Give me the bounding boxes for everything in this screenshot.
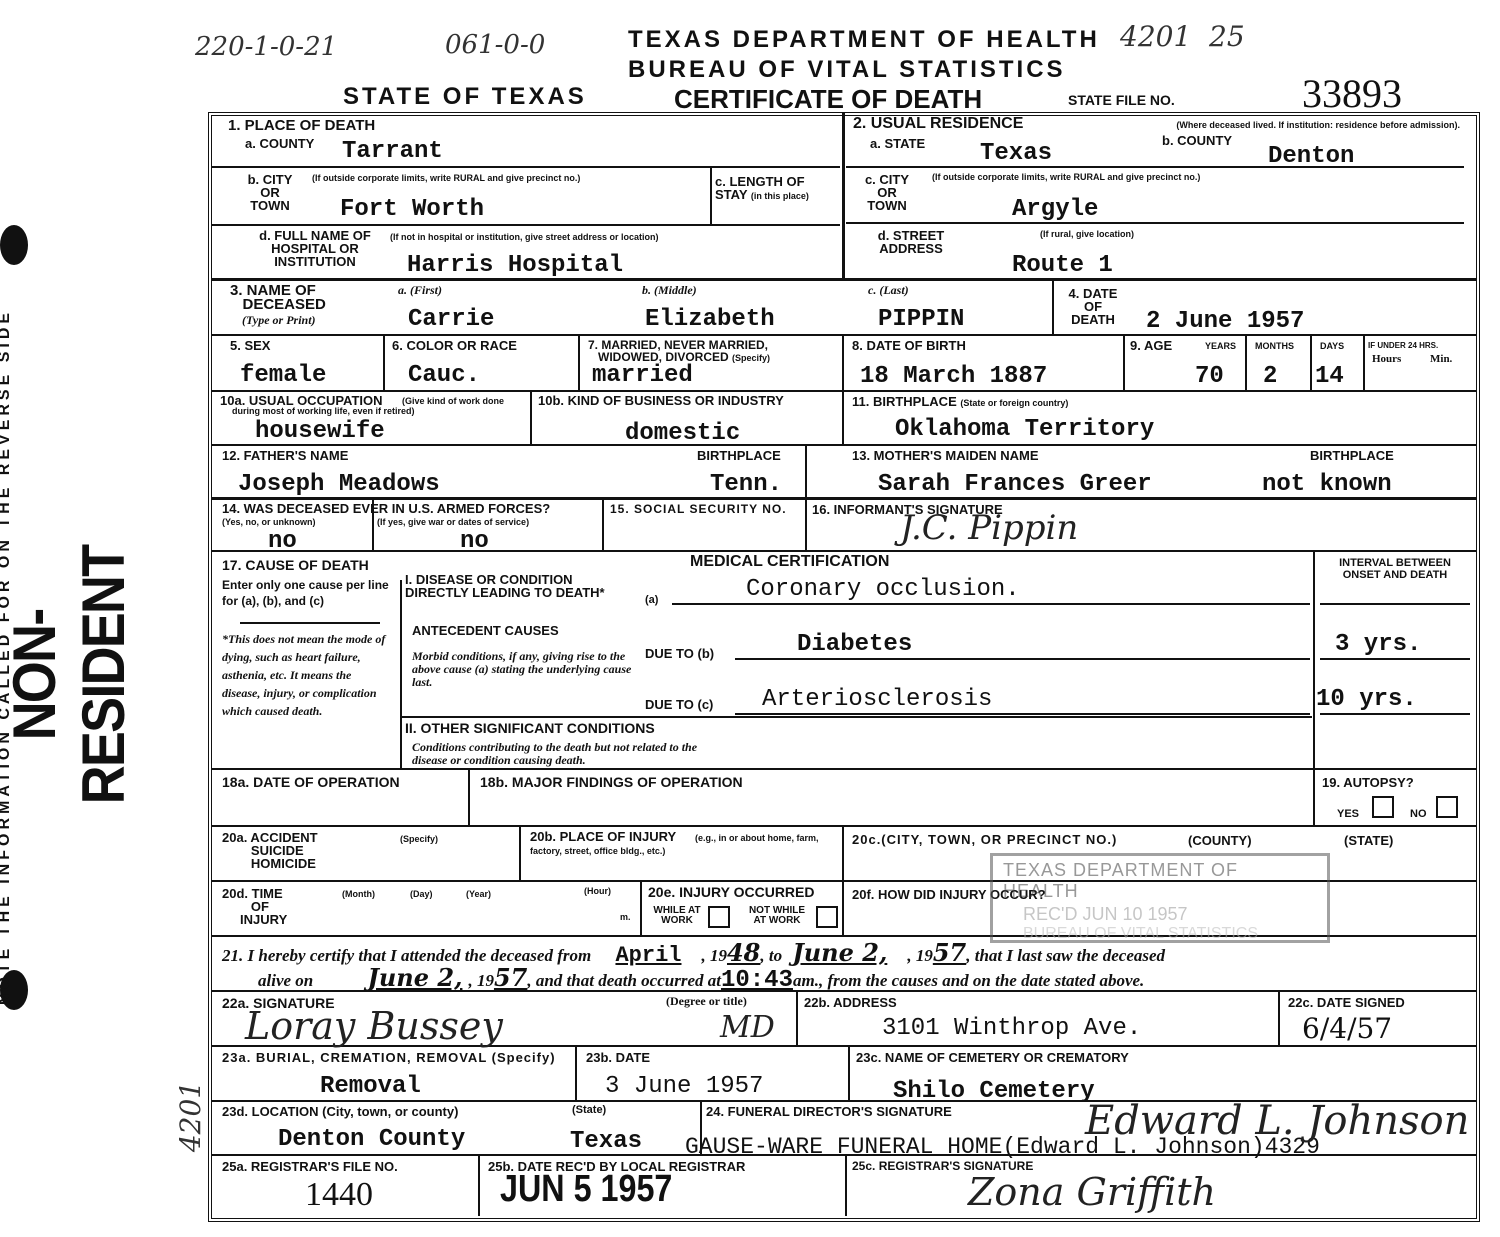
operation-date-label: 18a. DATE OF OPERATION <box>222 776 400 789</box>
state-file-label: STATE FILE NO. <box>1068 92 1175 108</box>
city-hint: (If outside corporate limits, write RURA… <box>312 173 704 183</box>
date-signed-label: 22c. DATE SIGNED <box>1288 996 1405 1009</box>
age-label: 9. AGE <box>1130 339 1172 352</box>
margin-handwritten-number: 4201 <box>174 1081 207 1152</box>
injury-hour: (Hour) <box>584 886 611 896</box>
residence-city-value: Argyle <box>1012 196 1098 223</box>
funeral-director-label: 24. FUNERAL DIRECTOR'S SIGNATURE <box>706 1105 952 1118</box>
cause-b-label: DUE TO (b) <box>645 647 714 660</box>
burial-location-value: Denton County <box>278 1126 465 1153</box>
date-received-value: JUN 5 1957 <box>500 1168 672 1211</box>
first-name-label: a. (First) <box>398 284 442 297</box>
first-name-value: Carrie <box>408 306 494 333</box>
injury-month: (Month) <box>342 889 375 899</box>
hospital-label: d. FULL NAME OFHOSPITAL ORINSTITUTION <box>245 229 385 268</box>
accident-specify: (Specify) <box>400 834 438 844</box>
father-birthplace-value: Tenn. <box>710 471 782 498</box>
street-address-label: d. STREETADDRESS <box>866 229 956 255</box>
autopsy-yes-label: YES <box>1337 809 1359 819</box>
birthplace-label: 11. BIRTHPLACE (State or foreign country… <box>852 395 1068 408</box>
other-conditions-label: II. OTHER SIGNIFICANT CONDITIONS <box>405 722 655 735</box>
state-file-number: 33893 <box>1302 70 1402 117</box>
armed-forces-value: no <box>268 528 297 555</box>
occupation-value: housewife <box>255 418 385 445</box>
burial-state-label: (State) <box>572 1105 606 1115</box>
bureau-title: BUREAU OF VITAL STATISTICS <box>628 56 1066 84</box>
date-of-death-value: 2 June 1957 <box>1146 308 1304 335</box>
autopsy-no-label: NO <box>1410 809 1427 819</box>
antecedent-hint: Morbid conditions, if any, giving rise t… <box>412 650 642 689</box>
mother-birthplace-value: not known <box>1262 471 1392 498</box>
handwritten-code-right: 4201 25 <box>1120 20 1245 53</box>
last-name-value: PIPPIN <box>878 306 964 333</box>
registrar-signature: Zona Griffith <box>968 1170 1216 1214</box>
age-years-label: YEARS <box>1205 341 1236 351</box>
antecedent-label: ANTECEDENT CAUSES <box>412 624 559 637</box>
burial-date-value: 3 June 1957 <box>605 1073 763 1100</box>
burial-state-value: Texas <box>570 1128 642 1155</box>
address-value: 3101 Winthrop Ave. <box>882 1015 1141 1042</box>
degree-label: (Degree or title) <box>666 996 747 1006</box>
injury-city-label: 20c.(CITY, TOWN, OR PRECINCT NO.) <box>852 833 1117 846</box>
physician-signature: Loray Bussey <box>245 1004 503 1048</box>
not-while-at-work-label: NOT WHILEAT WORK <box>740 906 814 926</box>
cause-a-label: (a) <box>645 594 658 607</box>
armed-forces-hint-2: (If yes, give war or dates of service) <box>377 517 529 527</box>
age-months-label: MONTHS <box>1255 341 1294 351</box>
race-label: 6. COLOR OR RACE <box>392 339 517 352</box>
age-hours-label: Hours <box>1372 354 1401 364</box>
while-at-work-label: WHILE ATWORK <box>648 906 706 926</box>
cause-a-value: Coronary occlusion. <box>746 576 1020 603</box>
certify-line-2: alive on June 2,, 1957, and that death o… <box>258 971 1144 987</box>
other-conditions-hint: Conditions contributing to the death but… <box>412 741 712 767</box>
address-label: 22b. ADDRESS <box>804 996 897 1009</box>
sex-label: 5. SEX <box>230 339 270 352</box>
mother-value: Sarah Frances Greer <box>878 471 1152 498</box>
burial-location-label: 23d. LOCATION (City, town, or county) <box>222 1105 458 1118</box>
ssn-label: 15. SOCIAL SECURITY NO. <box>610 503 787 516</box>
operation-findings-label: 18b. MAJOR FINDINGS OF OPERATION <box>480 776 743 789</box>
armed-service-value: no <box>460 528 489 555</box>
cause-c-value: Arteriosclerosis <box>762 686 992 713</box>
cemetery-value: Shilo Cemetery <box>893 1078 1095 1105</box>
punch-hole-top <box>0 225 28 265</box>
date-of-death-label: 4. DATEOFDEATH <box>1063 287 1123 326</box>
death-city-value: Fort Worth <box>340 196 484 223</box>
cause-note: *This does not mean the mode of dying, s… <box>222 630 392 720</box>
occupation-hint: (Give kind of work done during most of w… <box>232 396 528 416</box>
business-label: 10b. KIND OF BUSINESS OR INDUSTRY <box>538 394 784 407</box>
age-years-value: 70 <box>1195 363 1224 390</box>
age-under-24-label: IF UNDER 24 HRS. <box>1368 341 1438 351</box>
injury-m: m. <box>620 912 631 922</box>
state-title: STATE OF TEXAS <box>343 83 587 111</box>
street-hint: (If rural, give location) <box>1040 229 1134 239</box>
business-value: domestic <box>625 420 740 447</box>
birthplace-value: Oklahoma Territory <box>895 416 1154 443</box>
physician-degree: MD <box>720 1010 775 1045</box>
armed-forces-hint-1: (Yes, no, or unknown) <box>222 517 316 527</box>
interval-label: INTERVAL BETWEENONSET AND DEATH <box>1320 557 1470 581</box>
residence-city-hint: (If outside corporate limits, write RURA… <box>932 172 1200 182</box>
injury-occurred-label: 20e. INJURY OCCURRED <box>648 886 815 899</box>
father-value: Joseph Meadows <box>238 471 440 498</box>
autopsy-no-checkbox[interactable] <box>1436 796 1458 818</box>
residence-label: 2. USUAL RESIDENCE <box>853 117 1023 130</box>
name-of-deceased-label: 3. NAME OF DECEASED <box>230 284 326 312</box>
handwritten-code-2: 061-0-0 <box>445 30 545 60</box>
marital-label: 7. MARRIED, NEVER MARRIED, WIDOWED, DIVO… <box>588 339 838 363</box>
autopsy-yes-checkbox[interactable] <box>1372 796 1394 818</box>
residence-county-label: b. COUNTY <box>1162 134 1232 147</box>
cause-of-death-label: 17. CAUSE OF DEATH <box>222 559 369 572</box>
injury-state-label: (STATE) <box>1344 834 1393 847</box>
burial-type-value: Removal <box>320 1073 421 1100</box>
burial-date-label: 23b. DATE <box>586 1051 650 1064</box>
mother-label: 13. MOTHER'S MAIDEN NAME <box>852 449 1039 462</box>
handwritten-code-1: 220-1-0-21 <box>195 32 337 62</box>
hospital-hint: (If not in hospital or institution, give… <box>390 232 659 242</box>
age-days-label: DAYS <box>1320 341 1344 351</box>
residence-state-value: Texas <box>980 140 1052 167</box>
cause-b-value: Diabetes <box>797 631 912 658</box>
street-value: Route 1 <box>1012 252 1113 279</box>
father-label: 12. FATHER'S NAME <box>222 449 348 462</box>
last-name-label: c. (Last) <box>868 284 909 297</box>
death-county-value: Tarrant <box>342 138 443 165</box>
age-min-label: Min. <box>1430 354 1452 364</box>
injury-year: (Year) <box>466 889 491 899</box>
registrar-file-value: 1440 <box>305 1176 373 1214</box>
place-of-injury-hint: (e.g., in or about home, farm, factory, … <box>530 832 830 858</box>
certificate-title: CERTIFICATE OF DEATH <box>674 84 982 115</box>
county-label: a. COUNTY <box>245 137 314 150</box>
reverse-side-note: NOTE THE INFORMATION CALLED FOR ON THE R… <box>0 307 20 1007</box>
place-of-death-label: 1. PLACE OF DEATH <box>228 119 375 132</box>
informant-signature: J.C. Pippin <box>900 508 1078 548</box>
residence-state-label: a. STATE <box>870 137 925 150</box>
father-birthplace-label: BIRTHPLACE <box>697 449 781 462</box>
cause-c-interval: 10 yrs. <box>1316 686 1417 713</box>
hospital-value: Harris Hospital <box>407 252 623 279</box>
type-or-print-hint: (Type or Print) <box>242 314 316 327</box>
disease-label: I. DISEASE OR CONDITIONDIRECTLY LEADING … <box>405 573 645 599</box>
injury-county-label: (COUNTY) <box>1188 834 1252 847</box>
race-value: Cauc. <box>408 362 480 389</box>
mother-birthplace-label: BIRTHPLACE <box>1310 449 1394 462</box>
age-months-value: 2 <box>1263 363 1277 390</box>
received-stamp: TEXAS DEPARTMENT OF HEALTH REC'D JUN 10 … <box>990 853 1330 943</box>
burial-type-label: 23a. BURIAL, CREMATION, REMOVAL (Specify… <box>222 1051 556 1064</box>
middle-name-value: Elizabeth <box>645 306 775 333</box>
age-days-value: 14 <box>1315 363 1344 390</box>
medical-cert-title: MEDICAL CERTIFICATION <box>690 555 889 568</box>
dob-label: 8. DATE OF BIRTH <box>852 339 966 352</box>
city-label: b. CITYORTOWN <box>245 173 295 212</box>
marital-value: married <box>592 362 693 389</box>
armed-forces-label: 14. WAS DECEASED EVER IN U.S. ARMED FORC… <box>222 502 550 515</box>
cause-b-interval: 3 yrs. <box>1335 631 1421 658</box>
cause-instruction: Enter only one cause per line for (a), (… <box>222 577 390 609</box>
length-of-stay-label: c. LENGTH OFSTAY (in this place) <box>715 175 840 201</box>
department-title: TEXAS DEPARTMENT OF HEALTH <box>628 26 1100 54</box>
registrar-file-label: 25a. REGISTRAR'S FILE NO. <box>222 1160 398 1173</box>
accident-label: 20a. ACCIDENT SUICIDE HOMICIDE <box>222 831 318 870</box>
injury-day: (Day) <box>410 889 433 899</box>
residence-city-label: c. CITYORTOWN <box>862 173 912 212</box>
certify-line-1: 21. I hereby certify that I attended the… <box>222 946 1165 962</box>
autopsy-label: 19. AUTOPSY? <box>1322 776 1414 789</box>
residence-county-value: Denton <box>1268 143 1354 170</box>
cause-c-label: DUE TO (c) <box>645 698 713 711</box>
time-of-injury-label: 20d. TIME OF INJURY <box>222 887 287 926</box>
funeral-director-signature: Edward L. Johnson <box>1085 1098 1469 1144</box>
dob-value: 18 March 1887 <box>860 363 1047 390</box>
not-while-at-work-checkbox[interactable] <box>816 906 838 928</box>
while-at-work-checkbox[interactable] <box>708 906 730 928</box>
residence-hint: (Where deceased lived. If institution: r… <box>1080 120 1460 130</box>
sex-value: female <box>240 362 326 389</box>
cemetery-label: 23c. NAME OF CEMETERY OR CREMATORY <box>856 1051 1129 1064</box>
date-signed-value: 6/4/57 <box>1302 1012 1392 1045</box>
middle-name-label: b. (Middle) <box>642 284 697 297</box>
